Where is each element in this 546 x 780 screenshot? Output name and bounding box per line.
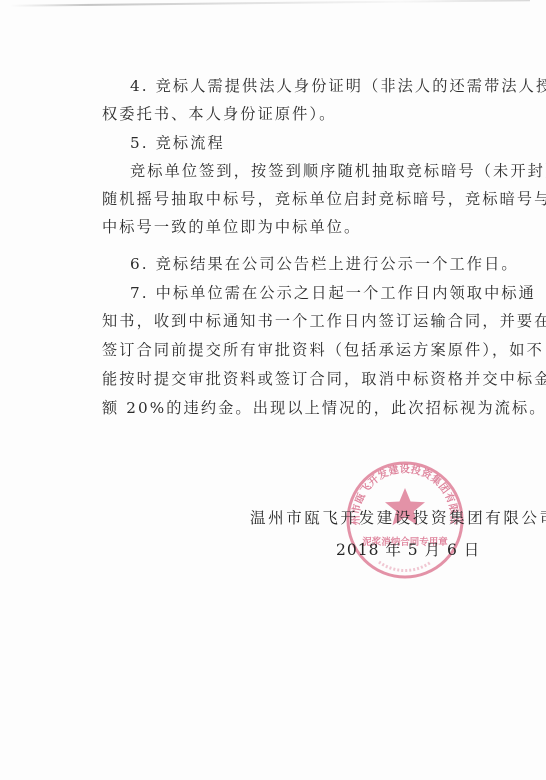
item7-line-1: 7. 中标单位需在公示之日起一个工作日内领取中标通 <box>130 283 530 303</box>
document-page: 4. 竞标人需提供法人身份证明（非法人的还需带法人授 权委托书、本人身份证原件）… <box>0 0 546 780</box>
item5-line-3: 中标号一致的单位即为中标单位。 <box>102 217 502 237</box>
item5-line-2: 随机摇号抽取中标号，竞标单位启封竞标暗号，竞标暗号与 <box>102 189 502 209</box>
item5-heading: 5. 竞标流程 <box>130 133 530 153</box>
item7-line-5: 额 20%的违约金。出现以上情况的，此次招标视为流标。 <box>102 398 502 418</box>
item6-line-1: 6. 竞标结果在公司公告栏上进行公示一个工作日。 <box>130 254 530 274</box>
item7-line-2: 知书，收到中标通知书一个工作日内签订运输合同，并要在 <box>102 311 502 331</box>
signature-date: 2018 年 5 月 6 日 <box>336 540 480 560</box>
item4-line-1: 4. 竞标人需提供法人身份证明（非法人的还需带法人授 <box>130 76 530 96</box>
seal-serial-number <box>379 562 431 571</box>
item7-line-3: 签订合同前提交所有审批资料（包括承运方案原件），如不 <box>102 340 502 360</box>
item5-line-1: 竞标单位签到，按签到顺序随机抽取竞标暗号（未开封）， <box>130 161 530 181</box>
item4-line-2: 权委托书、本人身份证原件）。 <box>102 104 502 124</box>
item7-line-4: 能按时提交审批资料或签订合同，取消中标资格并交中标金 <box>102 369 502 389</box>
signature-company: 温州市瓯飞开发建设投资集团有限公司 <box>250 508 546 528</box>
